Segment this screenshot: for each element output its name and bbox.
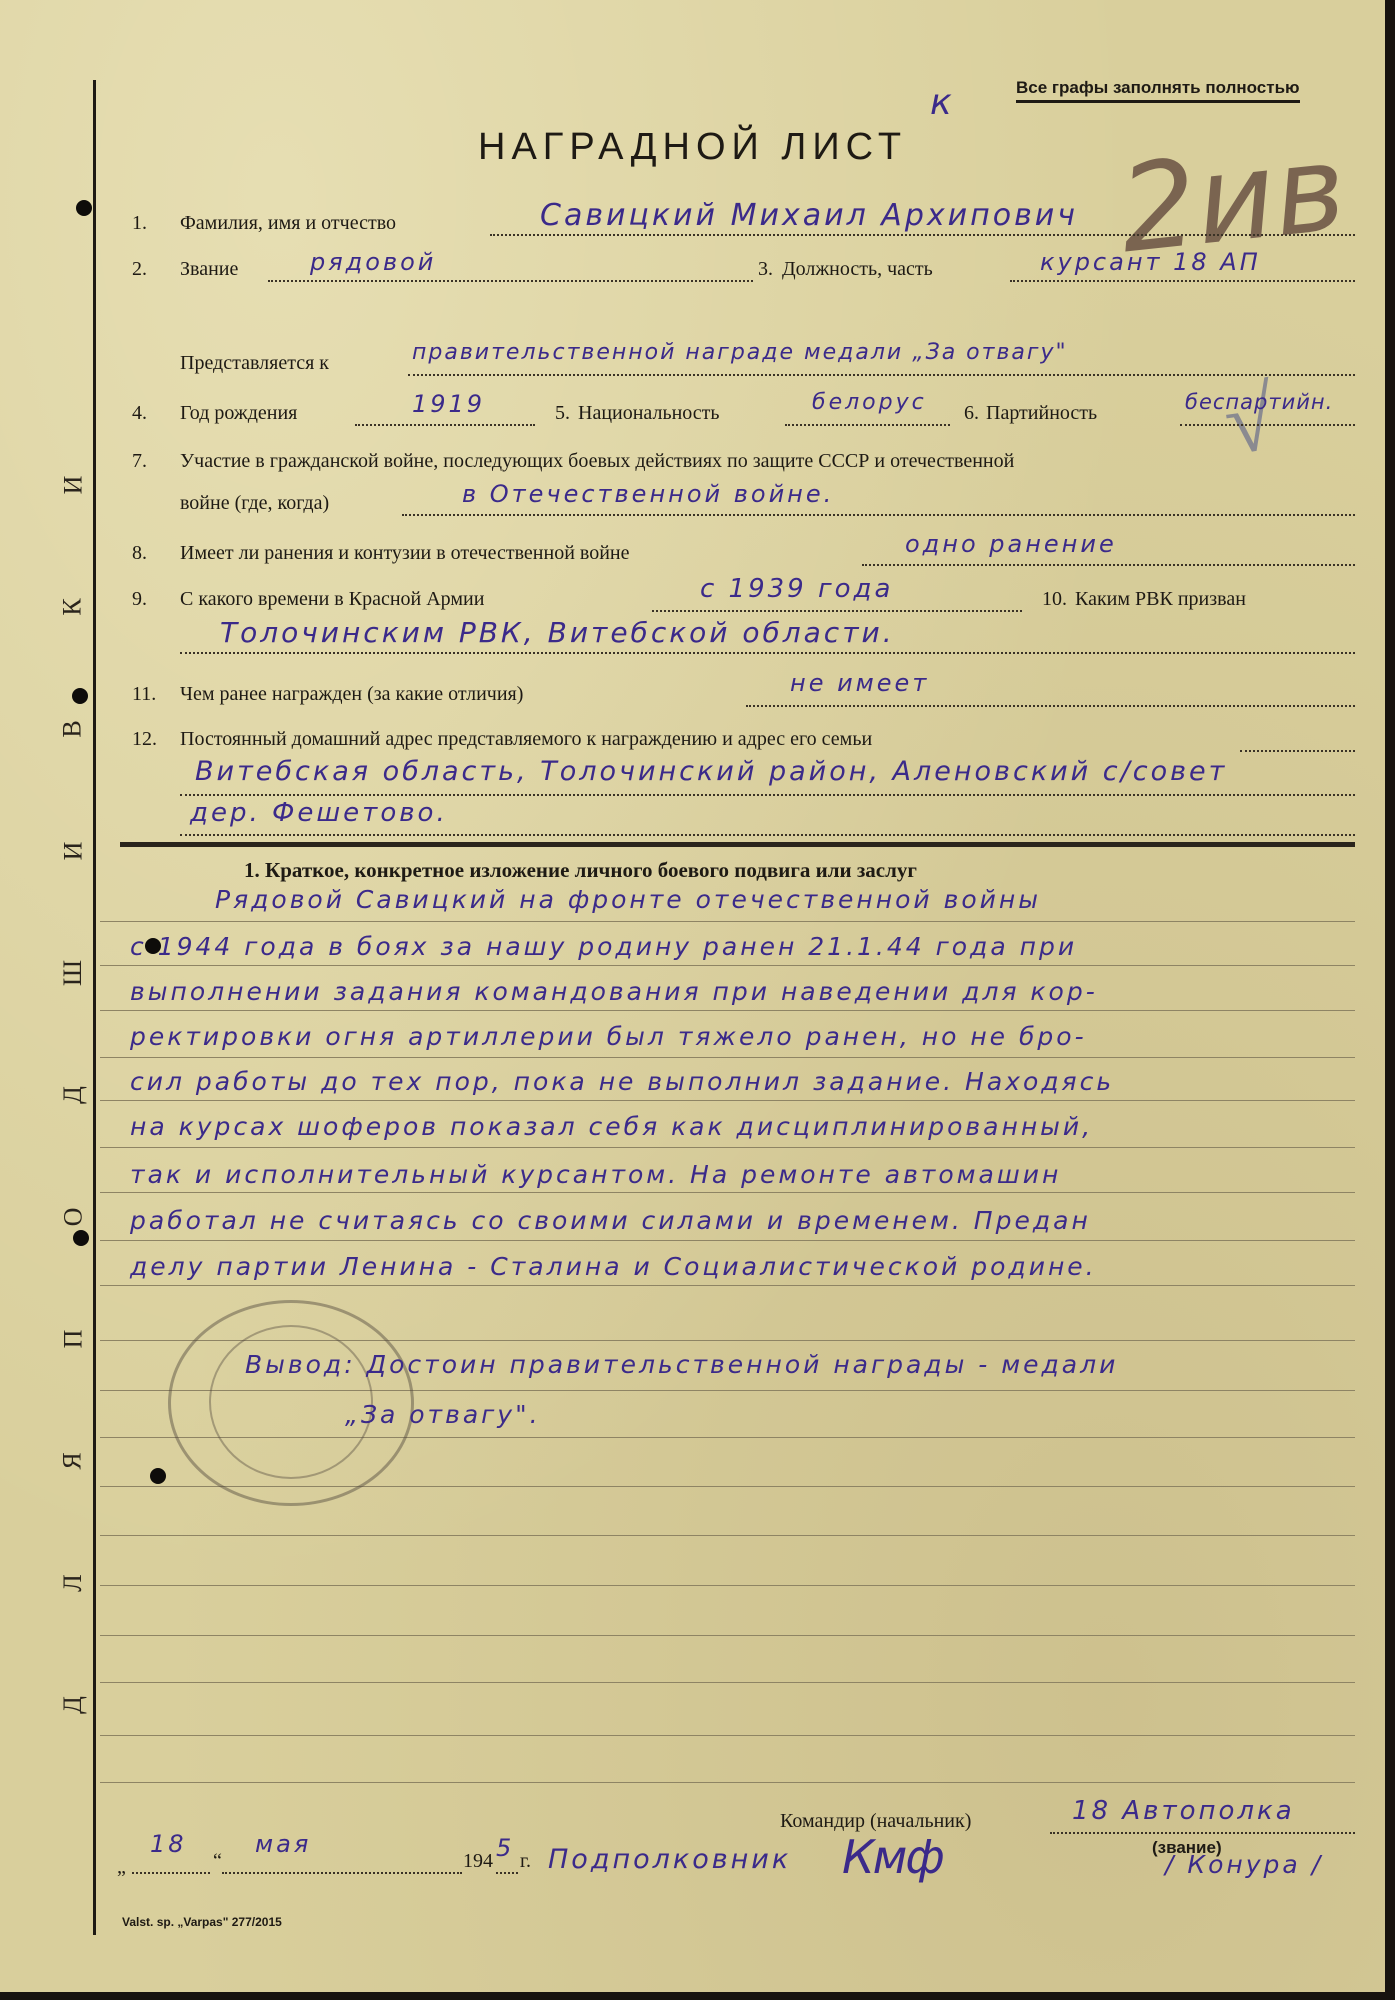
field-label: Чем ранее награжден (за какие отличия) — [180, 683, 523, 706]
field-label: войне (где, когда) — [180, 492, 329, 515]
field-number: 3. — [758, 258, 773, 281]
ruled-line — [100, 1010, 1355, 1011]
field-label: Постоянный домашний адрес представляемог… — [180, 728, 872, 751]
punch-hole — [73, 1230, 89, 1246]
commander-signature: Кмф — [842, 1830, 943, 1884]
fill-line — [862, 564, 1355, 566]
commander-name: / Конура / — [1165, 1850, 1323, 1879]
scan-edge-bottom — [0, 1992, 1395, 2000]
narrative-line: сил работы до тех пор, пока не выполнил … — [130, 1067, 1114, 1096]
fill-line — [180, 834, 1355, 836]
field-number: 9. — [132, 588, 147, 611]
field-label: Участие в гражданской войне, последующих… — [180, 450, 1014, 473]
narrative-line: делу партии Ленина - Сталина и Социалист… — [130, 1252, 1097, 1281]
field-value: курсант 18 АП — [1040, 248, 1261, 276]
margin-letter: К — [58, 598, 88, 615]
field-value: правительственной награде медали „За отв… — [412, 340, 1068, 365]
field-value: не имеет — [790, 669, 929, 697]
ruled-line — [100, 1240, 1355, 1241]
fill-line — [268, 280, 753, 282]
field-number: 10. — [1042, 588, 1067, 611]
field-value: 1919 — [412, 390, 485, 418]
fill-line — [785, 424, 950, 426]
handwritten-k-mark: к — [930, 82, 955, 123]
field-label: Национальность — [578, 402, 720, 425]
field-label: Имеет ли ранения и контузии в отечествен… — [180, 542, 629, 565]
ruled-line — [100, 965, 1355, 966]
fill-line — [180, 652, 1355, 654]
page-title: НАГРАДНОЙ ЛИСТ — [478, 126, 907, 169]
field-label: Партийность — [986, 402, 1097, 425]
margin-letter: Д — [58, 1696, 88, 1714]
margin-letter: И — [58, 842, 88, 861]
field-number: 4. — [132, 402, 147, 425]
field-number: 5. — [555, 402, 570, 425]
margin-letter: П — [58, 1330, 88, 1349]
quote-mark: „ — [117, 1856, 126, 1879]
ruled-line — [100, 1192, 1355, 1193]
ruled-line — [100, 1535, 1355, 1536]
punch-hole — [76, 200, 92, 216]
field-number: 1. — [132, 212, 147, 235]
field-number: 11. — [132, 683, 156, 706]
ruled-line — [100, 1682, 1355, 1683]
field-number: 2. — [132, 258, 147, 281]
commander-unit: 18 Автополка — [1072, 1796, 1295, 1826]
commander-rank: Подполковник — [548, 1844, 791, 1875]
margin-letter: Я — [58, 1452, 88, 1469]
year-unit: г. — [520, 1850, 531, 1873]
narrative-line: на курсах шоферов показал себя как дисци… — [130, 1112, 1093, 1141]
field-value: беспартийн. — [1185, 390, 1333, 414]
field-value: в Отечественной войне. — [462, 480, 834, 508]
punch-hole — [72, 688, 88, 704]
scan-edge-right — [1385, 0, 1395, 2000]
ruled-line — [100, 1100, 1355, 1101]
fill-line — [1180, 424, 1355, 426]
field-label: Каким РВК призван — [1075, 588, 1246, 611]
date-month: мая — [255, 1830, 311, 1858]
punch-hole — [150, 1468, 166, 1484]
fill-line — [355, 424, 535, 426]
fill-line — [746, 705, 1355, 707]
field-number: 6. — [964, 402, 979, 425]
field-value: Толочинским РВК, Витебской области. — [220, 616, 895, 649]
ruled-line — [100, 1057, 1355, 1058]
field-value: белорус — [812, 390, 927, 415]
pencil-check-mark: √ — [1218, 367, 1281, 476]
margin-letter: И — [58, 476, 88, 495]
date-month-line — [222, 1872, 462, 1874]
field-value: одно ранение — [905, 530, 1117, 558]
field-label: Звание — [180, 258, 238, 281]
date-day: 18 — [150, 1830, 187, 1858]
date-day-line — [132, 1872, 210, 1874]
field-number: 8. — [132, 542, 147, 565]
fill-line — [652, 610, 1022, 612]
field-label: Фамилия, имя и отчество — [180, 212, 396, 235]
margin-letter: Ш — [58, 960, 88, 986]
conclusion-line: „За отвагу". — [345, 1400, 541, 1429]
fill-line — [1050, 1832, 1355, 1834]
field-value: рядовой — [310, 248, 436, 276]
field-number: 7. — [132, 450, 147, 473]
field-label: С какого времени в Красной Армии — [180, 588, 484, 611]
field-value: Витебская область, Толочинский район, Ал… — [195, 756, 1227, 787]
narrative-line: работал не считаясь со своими силами и в… — [130, 1206, 1091, 1235]
field-value: Савицкий Михаил Архипович — [540, 198, 1078, 233]
field-label: Год рождения — [180, 402, 297, 425]
margin-letter: Д — [58, 1086, 88, 1104]
conclusion-line: Вывод: Достоин правительственной награды… — [245, 1350, 1118, 1379]
narrative-line: Рядовой Савицкий на фронте отечественной… — [215, 885, 1041, 914]
narrative-line: так и исполнительный курсантом. На ремон… — [130, 1160, 1061, 1189]
margin-letter: В — [58, 720, 88, 737]
section-divider — [120, 842, 1355, 847]
fill-line — [402, 514, 1355, 516]
fill-line — [180, 794, 1355, 796]
margin-letter: О — [58, 1208, 88, 1227]
margin-letter: Л — [58, 1574, 88, 1592]
field-number: 12. — [132, 728, 157, 751]
date-year-suffix: 5 — [496, 1834, 514, 1862]
printer-imprint: Valst. sp. „Varpas" 277/2015 — [122, 1915, 282, 1929]
field-label: Должность, часть — [782, 258, 933, 281]
field-label: Представляется к — [180, 352, 329, 375]
fill-line — [408, 374, 1355, 376]
ruled-line — [100, 1635, 1355, 1636]
fill-all-fields-note: Все графы заполнять полностью — [1016, 78, 1300, 103]
narrative-line: выполнении задания командования при наве… — [130, 977, 1098, 1006]
award-sheet: Д Л Я П О Д Ш И В К И к Все графы заполн… — [0, 0, 1385, 1995]
ruled-line — [100, 921, 1355, 922]
ruled-line — [100, 1147, 1355, 1148]
section-heading: 1. Краткое, конкретное изложение личного… — [244, 858, 917, 883]
ruled-line — [100, 1285, 1355, 1286]
ruled-line — [100, 1585, 1355, 1586]
ruled-line — [100, 1782, 1355, 1783]
fill-line — [1240, 750, 1355, 752]
quote-mark: “ — [213, 1850, 222, 1873]
narrative-line: с 1944 года в боях за нашу родину ранен … — [130, 932, 1077, 961]
fill-line — [490, 234, 1355, 236]
date-year-line — [496, 1872, 518, 1874]
margin-vertical-text: Д Л Я П О Д Ш И В К И — [48, 470, 98, 1720]
date-year-prefix: 194 — [463, 1850, 493, 1873]
field-value: с 1939 года — [700, 574, 893, 604]
fill-line — [1010, 280, 1355, 282]
ruled-line — [100, 1735, 1355, 1736]
field-value: дер. Фешетово. — [190, 798, 448, 828]
narrative-line: ректировки огня артиллерии был тяжело ра… — [130, 1022, 1087, 1051]
